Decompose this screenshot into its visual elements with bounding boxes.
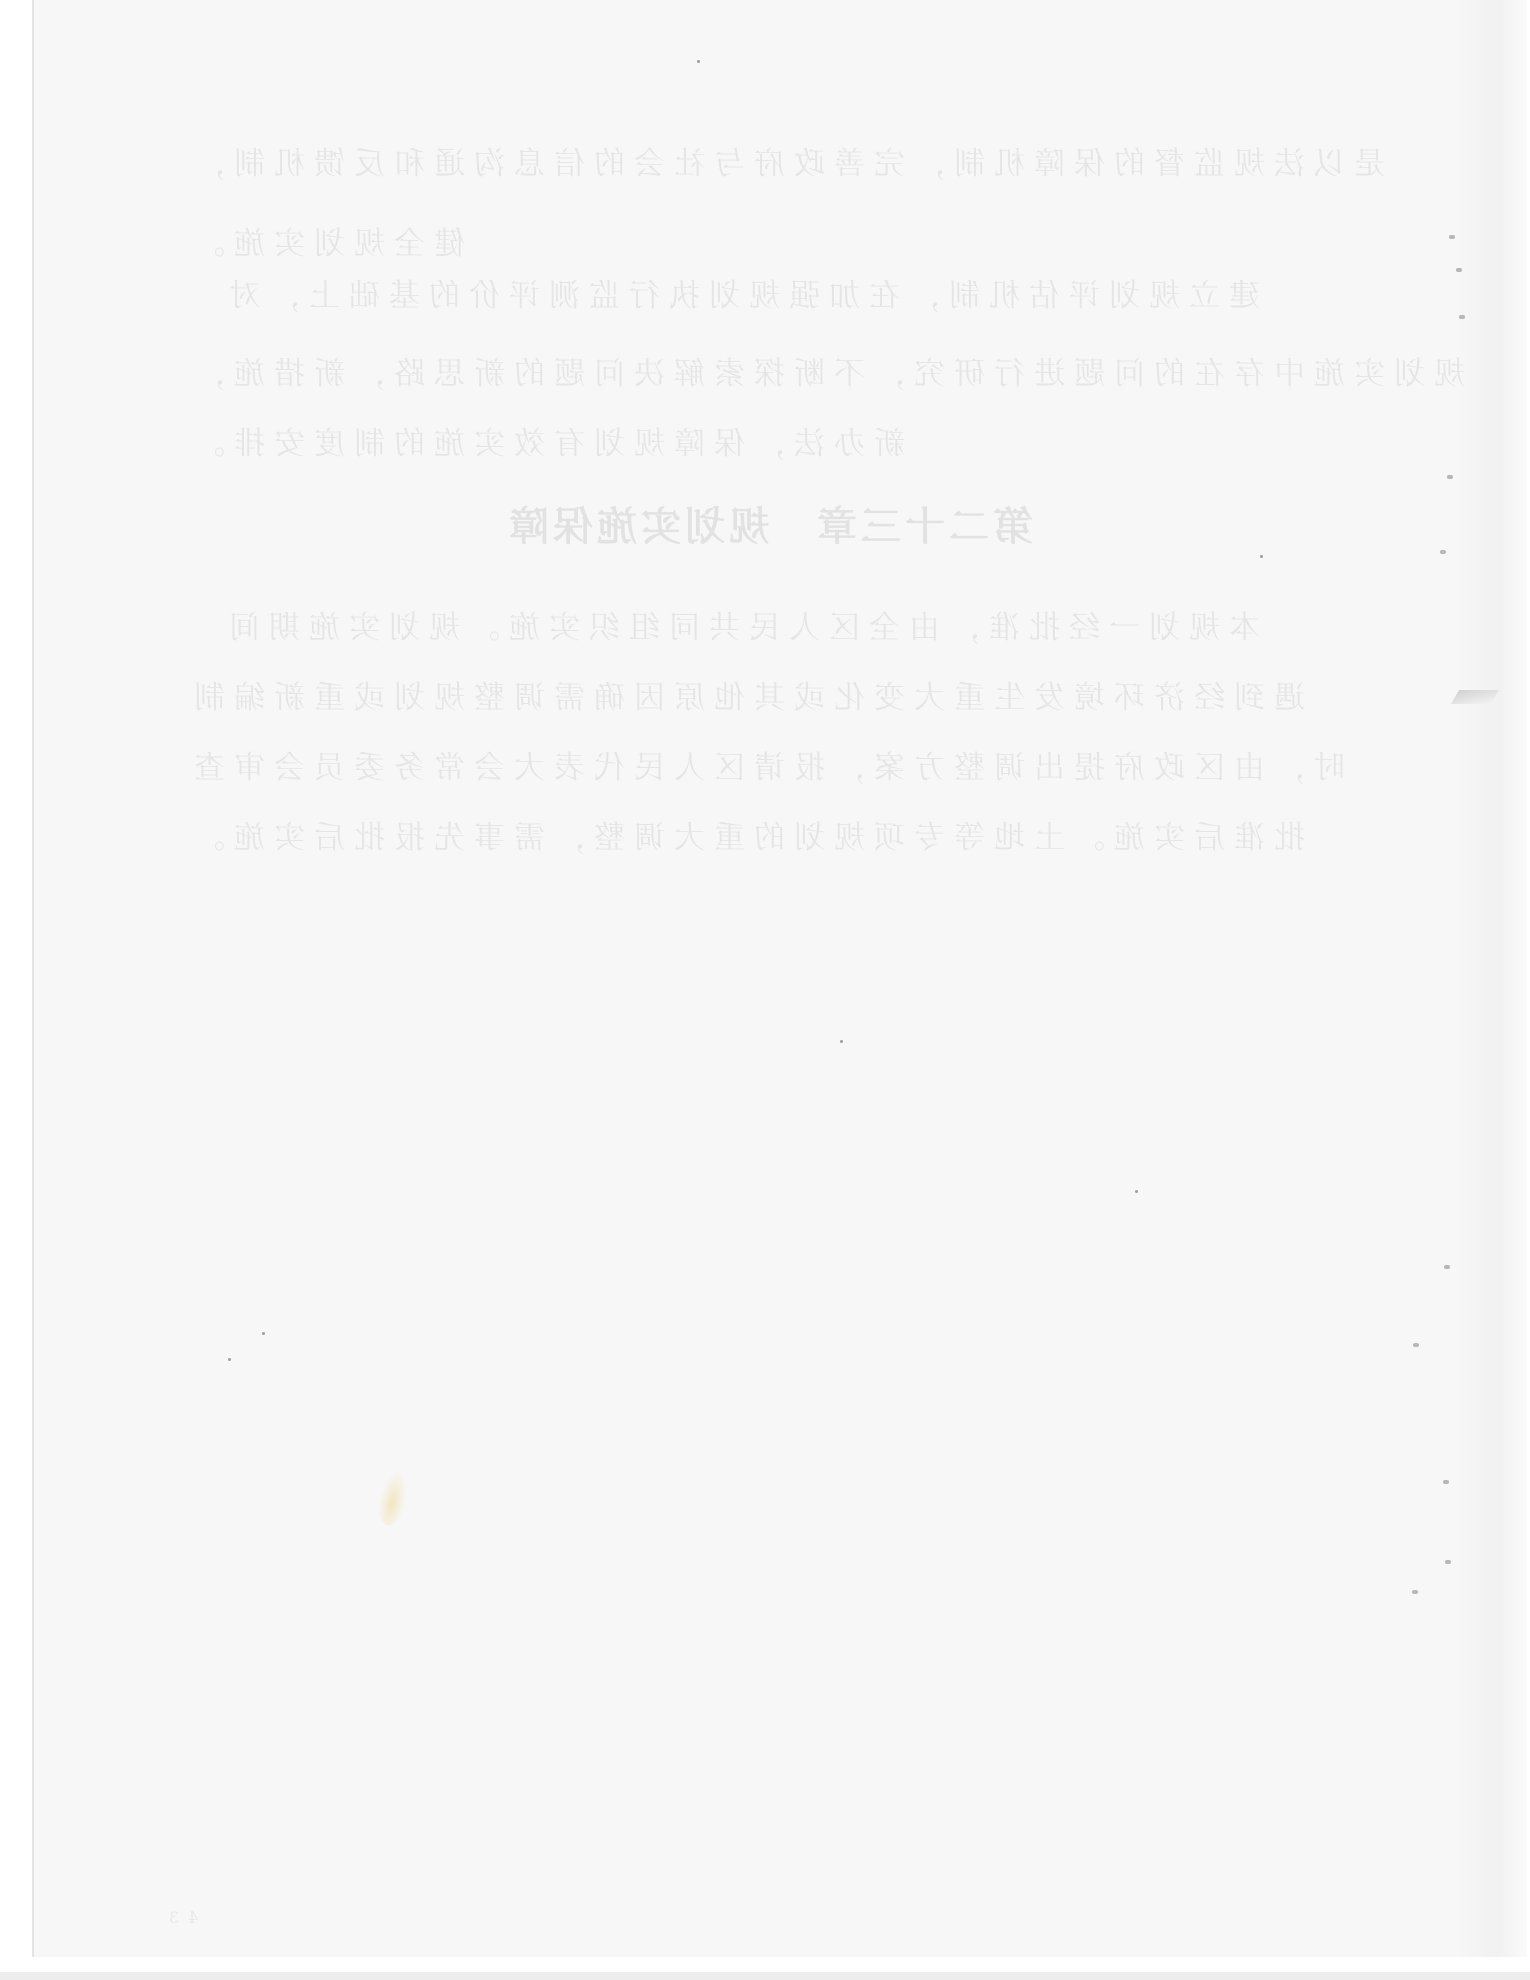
bleed-through-line: 批准后实施。土地等专项规划的重大调整，需事先报批后实施。 xyxy=(185,812,1305,857)
edge-mark xyxy=(1444,1265,1450,1269)
edge-mark xyxy=(1412,1590,1418,1594)
dust-speck xyxy=(840,1040,843,1043)
bleed-through-page-number: 43 xyxy=(160,1908,198,1927)
bleed-through-line: 本规划一经批准，由全区人民共同组织实施。规划实施期间 xyxy=(220,602,1260,647)
bleed-through-line: 时，由区政府提出调整方案，报请区人民代表大会常务委员会审查 xyxy=(185,742,1345,787)
dust-speck xyxy=(228,1358,231,1361)
dust-speck xyxy=(1135,1190,1138,1193)
bleed-through-line: 健全规划实施。 xyxy=(185,218,465,263)
edge-mark xyxy=(1413,1343,1419,1347)
scan-bottom-band xyxy=(0,1972,1530,1980)
dust-speck xyxy=(697,60,700,63)
dust-speck xyxy=(262,1332,265,1335)
bleed-through-chapter-heading: 第二十三章 规划实施保障 xyxy=(505,495,1033,552)
edge-mark xyxy=(1459,315,1465,319)
page-right-edge-shadow xyxy=(1457,0,1527,1957)
edge-mark xyxy=(1440,550,1446,554)
edge-mark xyxy=(1447,475,1453,479)
bleed-through-line: 是以法规监督的保障机制，完善政府与社会的信息沟通和反馈机制， xyxy=(185,138,1385,183)
bleed-through-line: 规划实施中存在的问题进行研究，不断探索解决问题的新思路，新措施， xyxy=(185,348,1465,393)
bleed-through-line: 建立规划评估机制，在加强规划执行监测评价的基础上，对 xyxy=(220,270,1260,315)
bleed-through-line: 新办法，保障规划有效实施的制度安排。 xyxy=(185,418,905,463)
edge-mark xyxy=(1449,235,1455,239)
edge-mark xyxy=(1445,1560,1451,1564)
bleed-through-line: 遇到经济环境发生重大变化或其他原因确需调整规划或重新编制 xyxy=(185,672,1305,717)
edge-mark xyxy=(1456,268,1462,272)
edge-mark xyxy=(1443,1480,1449,1484)
paper-tear-mark xyxy=(1451,690,1499,704)
dust-speck xyxy=(1260,555,1263,558)
